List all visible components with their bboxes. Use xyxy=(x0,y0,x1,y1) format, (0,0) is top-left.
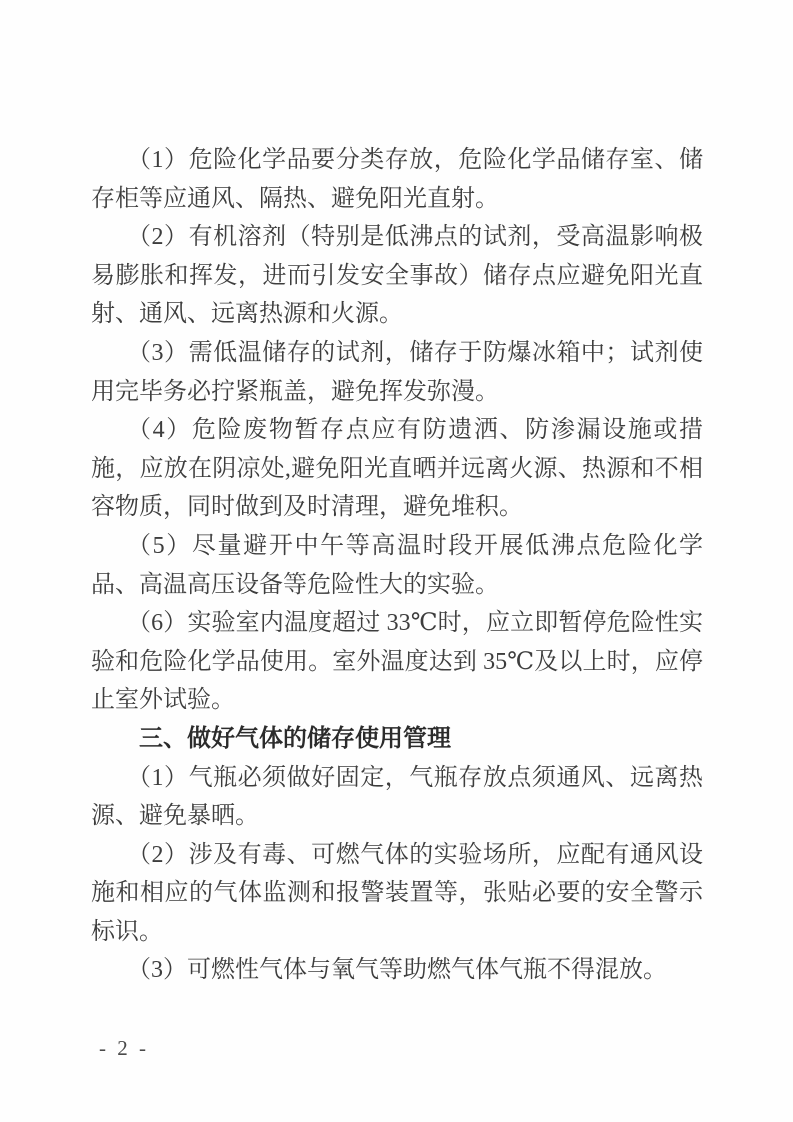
chemical-storage-item-6: （6）实验室内温度超过 33℃时，应立即暂停危险性实验和危险化学品使用。室外温度… xyxy=(91,604,703,720)
gas-management-item-1: （1）气瓶必须做好固定，气瓶存放点须通风、远离热源、避免暴晒。 xyxy=(91,759,703,836)
chemical-storage-item-3: （3）需低温储存的试剂，储存于防爆冰箱中；试剂使用完毕务必拧紧瓶盖，避免挥发弥漫… xyxy=(91,334,703,411)
chemical-storage-item-2: （2）有机溶剂（特别是低沸点的试剂，受高温影响极易膨胀和挥发，进而引发安全事故）… xyxy=(91,218,703,334)
chemical-storage-item-1: （1）危险化学品要分类存放，危险化学品储存室、储存柜等应通风、隔热、避免阳光直射… xyxy=(91,141,703,218)
chemical-storage-item-5: （5）尽量避开中午等高温时段开展低沸点危险化学品、高温高压设备等危险性大的实验。 xyxy=(91,527,703,604)
page-number: - 2 - xyxy=(99,1036,149,1060)
document-body: （1）危险化学品要分类存放，危险化学品储存室、储存柜等应通风、隔热、避免阳光直射… xyxy=(91,141,703,990)
gas-management-item-2: （2）涉及有毒、可燃气体的实验场所，应配有通风设施和相应的气体监测和报警装置等，… xyxy=(91,836,703,952)
section-heading-gas-storage-management: 三、做好气体的储存使用管理 xyxy=(91,720,703,759)
scanned-document-page: （1）危险化学品要分类存放，危险化学品储存室、储存柜等应通风、隔热、避免阳光直射… xyxy=(0,0,793,1122)
gas-management-item-3: （3）可燃性气体与氧气等助燃气体气瓶不得混放。 xyxy=(91,951,703,990)
chemical-storage-item-4: （4）危险废物暂存点应有防遗洒、防渗漏设施或措施，应放在阴凉处,避免阳光直晒并远… xyxy=(91,411,703,527)
